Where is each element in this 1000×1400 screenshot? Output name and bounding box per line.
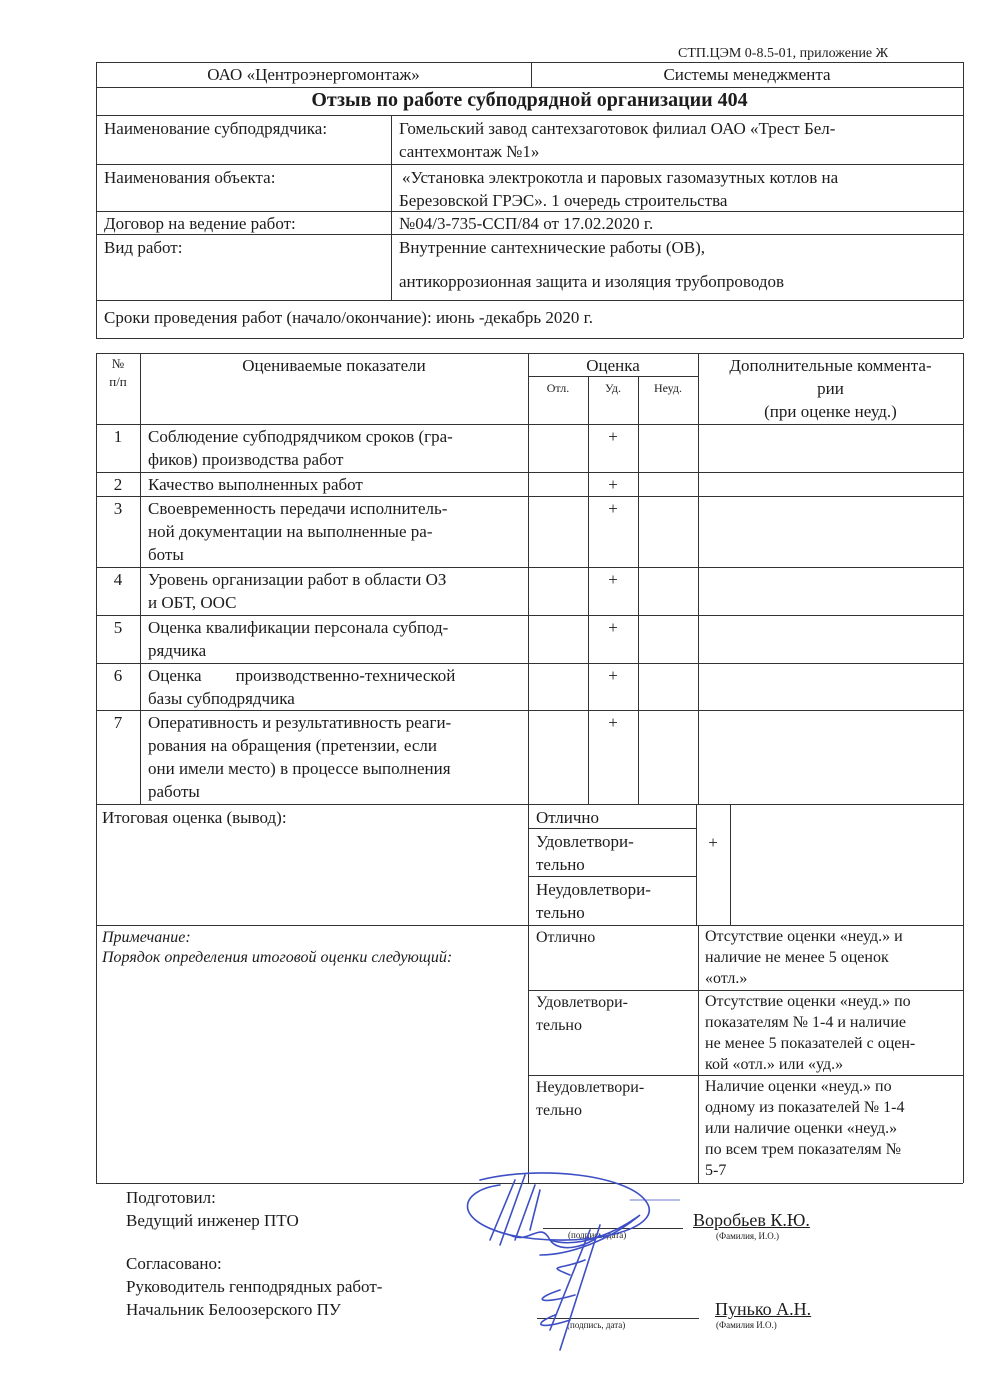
row-number: 2 (96, 473, 140, 496)
final-option-excellent: Отлично (536, 806, 599, 829)
prepared-name: Воробьев К.Ю. (693, 1209, 810, 1232)
page-title: Отзыв по работе субподрядной организации… (96, 89, 963, 112)
object-value-line1: «Установка электрокотла и паровых газома… (402, 166, 838, 189)
subcontractor-label: Наименование субподрядчика: (104, 117, 327, 140)
indicator-text: Уровень организации работ в области ОЗ (148, 568, 520, 591)
indicator-text: Оперативность и результативность реаги- (148, 711, 520, 734)
note-text: Порядок определения итоговой оценки след… (102, 946, 452, 969)
rule-grade: Удовлетвори- (536, 991, 628, 1014)
col-excellent-header: Отл. (528, 380, 588, 396)
rule-criteria: показателям № 1-4 и наличие (705, 1012, 906, 1033)
rule-criteria: Наличие оценки «неуд.» по (705, 1076, 892, 1097)
agreed-position-1: Руководитель генподрядных работ- (126, 1275, 382, 1298)
rule-criteria: по всем трем показателям № (705, 1139, 901, 1160)
grade-mark: + (588, 568, 638, 591)
indicator-text: базы субподрядчика (148, 687, 520, 710)
final-option-satisfactory: Удовлетвори- (536, 830, 634, 853)
indicator-text: ной документации на выполненные ра- (148, 520, 520, 543)
final-grade-label: Итоговая оценка (вывод): (102, 806, 287, 829)
indicator-text: Качество выполненных работ (148, 473, 520, 496)
rule-grade: Неудовлетвори- (536, 1076, 644, 1099)
contract-value: №04/3-735-ССП/84 от 17.02.2020 г. (399, 212, 653, 235)
rule-criteria: 5-7 (705, 1160, 726, 1181)
prepared-name-caption: (Фамилия, И.О.) (716, 1231, 779, 1242)
indicator-text: Оценка квалификации персонала субпод- (148, 616, 520, 639)
grade-mark: + (588, 425, 638, 448)
row-number: 4 (96, 568, 140, 591)
col-number-header: № (96, 356, 140, 372)
handwritten-signature-icon (440, 1160, 680, 1360)
grade-mark: + (588, 616, 638, 639)
row-number: 1 (96, 425, 140, 448)
indicator-text: Оценка производственно-технической (148, 664, 520, 687)
management-system: Системы менеджмента (531, 63, 963, 86)
rule-criteria: «отл.» (705, 968, 747, 989)
indicator-text: рядчика (148, 639, 520, 662)
final-option-unsatisfactory: Неудовлетвори- (536, 878, 651, 901)
row-number: 7 (96, 711, 140, 734)
organization-name: ОАО «Центроэнергомонтаж» (96, 63, 531, 86)
document-code: СТП.ЦЭМ 0-8.5-01, приложение Ж (678, 46, 888, 62)
rule-criteria: или наличие оценки «неуд.» (705, 1118, 897, 1139)
rule-criteria: наличие не менее 5 оценок (705, 947, 889, 968)
col-comments-header-3: (при оценке неуд.) (698, 400, 963, 423)
indicator-text: рования на обращения (претензии, если (148, 734, 520, 757)
indicator-text: Своевременность передачи исполнитель- (148, 497, 520, 520)
rule-criteria: одному из показателей № 1-4 (705, 1097, 904, 1118)
indicator-text: и ОБТ, ООС (148, 591, 520, 614)
indicator-text: они имели место) в процессе выполнения (148, 757, 520, 780)
col-comments-header-2: рии (698, 377, 963, 400)
agreed-name: Пунько А.Н. (715, 1298, 811, 1321)
work-period: Сроки проведения работ (начало/окончание… (104, 306, 593, 329)
row-number: 5 (96, 616, 140, 639)
agreed-position-2: Начальник Белоозерского ПУ (126, 1298, 341, 1321)
grade-mark: + (588, 473, 638, 496)
indicator-text: боты (148, 543, 520, 566)
col-satisfactory-header: Уд. (588, 380, 638, 396)
indicator-text: Соблюдение субподрядчиком сроков (гра- (148, 425, 520, 448)
rule-grade: тельно (536, 1099, 582, 1122)
object-label: Наименования объекта: (104, 166, 275, 189)
col-unsatisfactory-header: Неуд. (638, 380, 698, 396)
prepared-label: Подготовил: (126, 1186, 216, 1209)
final-option-unsatisfactory-2: тельно (536, 901, 585, 924)
rule-grade: Отлично (536, 926, 595, 949)
contract-label: Договор на ведение работ: (104, 212, 296, 235)
col-comments-header: Дополнительные коммента- (698, 354, 963, 377)
rule-criteria: Отсутствие оценки «неуд.» по (705, 991, 911, 1012)
row-number: 3 (96, 497, 140, 520)
subcontractor-value-line1: Гомельский завод сантехзаготовок филиал … (399, 117, 835, 140)
agreed-label: Согласовано: (126, 1252, 222, 1275)
final-selected-mark: + (696, 831, 730, 854)
object-value-line2: Березовской ГРЭС». 1 очередь строительст… (399, 189, 727, 212)
grade-mark: + (588, 497, 638, 520)
indicator-text: работы (148, 780, 520, 803)
subcontractor-value-line2: сантехмонтаж №1» (399, 140, 539, 163)
rule-criteria: кой «отл.» или «уд.» (705, 1054, 843, 1075)
grade-mark: + (588, 664, 638, 687)
indicator-text: фиков) производства работ (148, 448, 520, 471)
work-type-line1: Внутренние сантехнические работы (ОВ), (399, 236, 705, 259)
col-indicator-header: Оцениваемые показатели (140, 354, 528, 377)
rule-criteria: Отсутствие оценки «неуд.» и (705, 926, 903, 947)
col-number-header-2: п/п (96, 374, 140, 390)
row-number: 6 (96, 664, 140, 687)
rule-grade: тельно (536, 1014, 582, 1037)
final-option-satisfactory-2: тельно (536, 853, 585, 876)
prepared-position: Ведущий инженер ПТО (126, 1209, 299, 1232)
agreed-name-caption: (Фамилия И.О.) (716, 1320, 777, 1331)
grade-mark: + (588, 711, 638, 734)
work-type-line2: антикоррозионная защита и изоляция трубо… (399, 270, 784, 293)
rule-criteria: не менее 5 показателей с оцен- (705, 1033, 915, 1054)
col-grade-header: Оценка (528, 354, 698, 377)
work-type-label: Вид работ: (104, 236, 182, 259)
